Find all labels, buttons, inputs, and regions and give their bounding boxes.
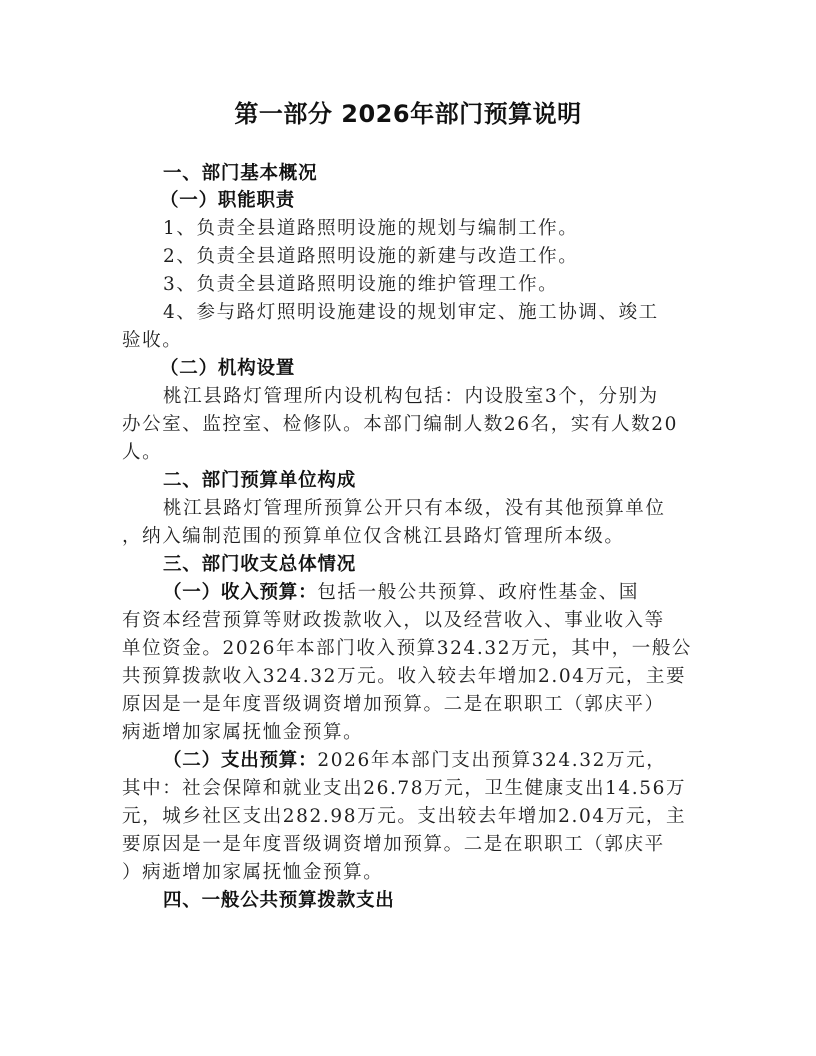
expense-label: （二）支出预算： [163,750,317,771]
function-item-3: 3、负责全县道路照明设施的维护管理工作。 [163,271,558,299]
section-heading-1: 一、部门基本概况 [163,160,317,188]
income-line-5: 原因是一是年度晋级调资增加预算。二是在职职工（郭庆平） [122,691,665,719]
function-item-4: 4、参与路灯照明设施建设的规划审定、施工协调、竣工 [163,299,659,327]
expense-line-5: ）病逝增加家属抚恤金预算。 [122,859,383,887]
function-item-4-continued: 验收。 [122,327,182,355]
income-line-1: （一）收入预算：包括一般公共预算、政府性基金、国 [163,579,639,607]
expense-line-4: 要原因是一是年度晋级调资增加预算。二是在职职工（郭庆平 [122,831,665,859]
units-line-2: ，纳入编制范围的预算单位仅含桃江县路灯管理所本级。 [122,523,625,551]
organization-line-3: 人。 [122,439,162,467]
page-title: 第一部分 2026年部门预算说明 [0,98,816,130]
organization-line-2: 办公室、监控室、检修队。本部门编制人数26名，实有人数20 [122,411,678,439]
expense-line-1: （二）支出预算：2026年本部门支出预算324.32万元， [163,747,666,775]
subsection-heading-functions: （一）职能职责 [160,187,295,215]
section-heading-4: 四、一般公共预算拨款支出 [163,887,395,915]
income-line-4: 共预算拨款收入324.32万元。收入较去年增加2.04万元，主要 [122,663,686,691]
income-label: （一）收入预算： [163,582,317,603]
document-page: 第一部分 2026年部门预算说明 一、部门基本概况 （一）职能职责 1、负责全县… [0,0,816,1056]
function-item-2: 2、负责全县道路照明设施的新建与改造工作。 [163,243,578,271]
function-item-1: 1、负责全县道路照明设施的规划与编制工作。 [163,215,578,243]
expense-line-1-text: 2026年本部门支出预算324.32万元， [317,750,666,771]
expense-line-3: 元，城乡社区支出282.98万元。支出较去年增加2.04万元，主 [122,803,686,831]
expense-line-2: 其中：社会保障和就业支出26.78万元，卫生健康支出14.56万 [122,775,686,803]
income-line-6: 病逝增加家属抚恤金预算。 [122,719,363,747]
income-line-1-text: 包括一般公共预算、政府性基金、国 [317,582,639,603]
section-heading-3: 三、部门收支总体情况 [163,551,356,579]
units-line-1: 桃江县路灯管理所预算公开只有本级，没有其他预算单位 [163,495,666,523]
subsection-heading-organization: （二）机构设置 [160,355,295,383]
income-line-2: 有资本经营预算等财政拨款收入，以及经营收入、事业收入等 [122,607,665,635]
income-line-3: 单位资金。2026年本部门收入预算324.32万元，其中，一般公 [122,635,692,663]
section-heading-2: 二、部门预算单位构成 [163,467,356,495]
organization-line-1: 桃江县路灯管理所内设机构包括：内设股室3个，分别为 [163,383,659,411]
